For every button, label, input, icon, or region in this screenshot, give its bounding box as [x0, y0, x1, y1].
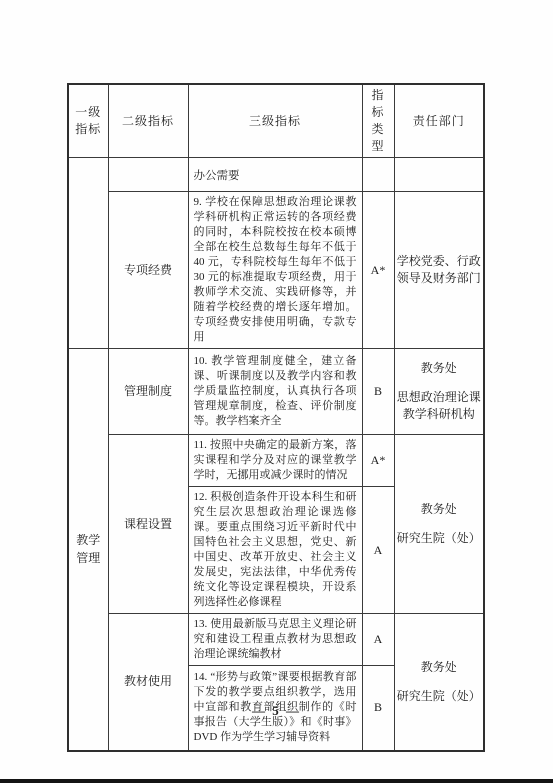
- dept-cell-item13-14: 教务处 研究生院（处）: [394, 614, 484, 751]
- header-level1-indicator: 一级指标: [68, 84, 108, 158]
- level2-cell-management-system: 管理制度: [108, 349, 188, 435]
- dept-cell-item11-12: 教务处 研究生院（处）: [394, 435, 484, 614]
- dept-line: 思想政治理论课教学科研机构: [397, 389, 482, 423]
- type-cell-item11: A*: [362, 435, 394, 487]
- table-row-item9: 专项经费 9. 学校在保障思想政治理论课教学科研机构正常运转的各项经费的同时，本…: [68, 192, 484, 349]
- table-row-item11: 课程设置 11. 按照中央确定的最新方案，落实课程和学分及对应的课堂教学学时，无…: [68, 435, 484, 487]
- dept-line: 学校党委、行政领导及财务部门: [397, 253, 482, 287]
- level3-cell-item13: 13. 使用最新版马克思主义理论研究和建设工程重点教材为思想政治理论课统编教材: [188, 614, 362, 666]
- type-cell-item10: B: [362, 349, 394, 435]
- table-row-item13: 教材使用 13. 使用最新版马克思主义理论研究和建设工程重点教材为思想政治理论课…: [68, 614, 484, 666]
- dept-empty-cell: [394, 158, 484, 192]
- level2-empty-cell: [108, 158, 188, 192]
- level3-carryover-cell: 办公需要: [188, 158, 362, 192]
- type-cell-item12: A: [362, 487, 394, 614]
- dept-cell-item9: 学校党委、行政领导及财务部门: [394, 192, 484, 349]
- header-indicator-type: 指标类型: [362, 84, 394, 158]
- indicator-table: 一级指标 二级指标 三级指标 指标类型 责任部门 办公需要 专项经费 9. 学校…: [67, 83, 485, 752]
- dept-line: 教务处: [397, 360, 482, 377]
- dept-cell-item10: 教务处 思想政治理论课教学科研机构: [394, 349, 484, 435]
- level1-empty-cell: [68, 158, 108, 349]
- header-responsible-dept: 责任部门: [394, 84, 484, 158]
- header-level3-indicator: 三级指标: [188, 84, 362, 158]
- level2-cell-special-funds: 专项经费: [108, 192, 188, 349]
- document-page: 一级指标 二级指标 三级指标 指标类型 责任部门 办公需要 专项经费 9. 学校…: [0, 0, 553, 783]
- type-cell-item9: A*: [362, 192, 394, 349]
- bottom-edge-bar: [0, 779, 553, 783]
- header-level2-indicator: 二级指标: [108, 84, 188, 158]
- level3-cell-item11: 11. 按照中央确定的最新方案，落实课程和学分及对应的课堂教学学时，无挪用或减少…: [188, 435, 362, 487]
- table-row-carryover: 办公需要: [68, 158, 484, 192]
- level2-cell-curriculum: 课程设置: [108, 435, 188, 614]
- level3-cell-item10: 10. 教学管理制度健全，建立备课、听课制度以及教学内容和教学质量监控制度，认真…: [188, 349, 362, 435]
- dept-line: 教务处: [397, 501, 482, 518]
- level3-cell-item9: 9. 学校在保障思想政治理论课教学科研机构正常运转的各项经费的同时，本科院校按在…: [188, 192, 362, 349]
- level1-cell-teaching-management: 教学管理: [68, 349, 108, 751]
- page-number: — 5 —: [0, 703, 553, 719]
- level3-cell-item12: 12. 积极创造条件开设本科生和研究生层次思想政治理论课选修课。要重点围绕习近平…: [188, 487, 362, 614]
- level2-cell-textbook-use: 教材使用: [108, 614, 188, 751]
- type-cell-item13: A: [362, 614, 394, 666]
- table-row-item10: 教学管理 管理制度 10. 教学管理制度健全，建立备课、听课制度以及教学内容和教…: [68, 349, 484, 435]
- dept-line: 教务处: [397, 659, 482, 676]
- dept-line: 研究生院（处）: [397, 530, 482, 547]
- type-empty-cell: [362, 158, 394, 192]
- header-row: 一级指标 二级指标 三级指标 指标类型 责任部门: [68, 84, 484, 158]
